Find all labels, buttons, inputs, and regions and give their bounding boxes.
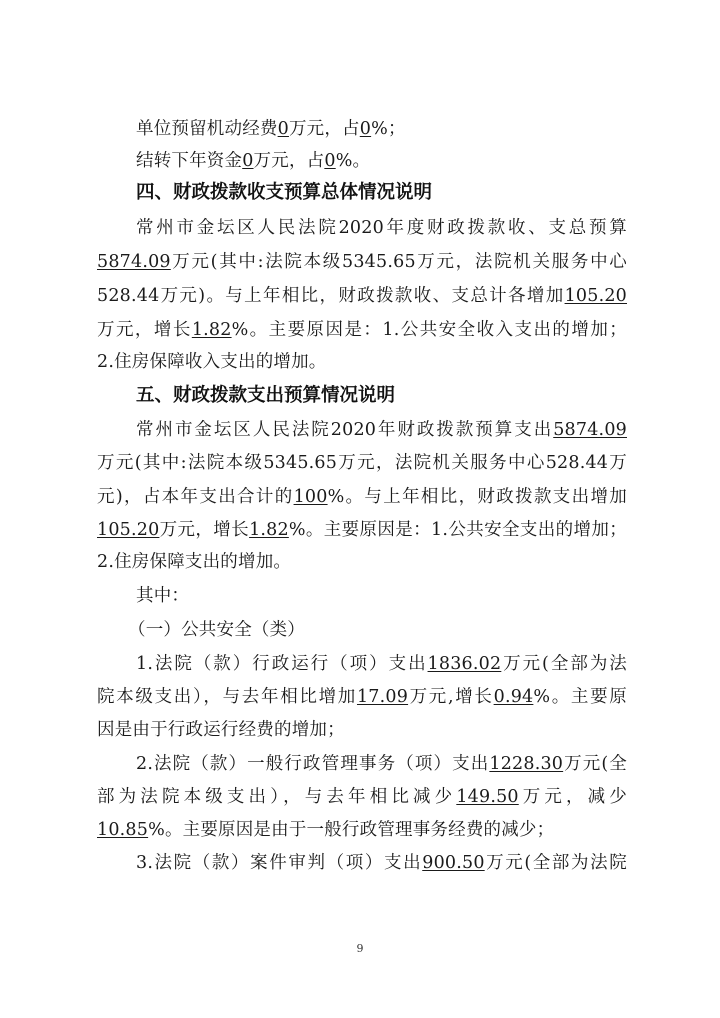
text: %。主要原因是：1.公共安全支出的增加；: [289, 520, 627, 540]
value: 0: [360, 119, 371, 139]
among-label: 其中：: [136, 585, 627, 607]
reserve-funds-line: 单位预留机动经费0万元，占0%；: [136, 118, 627, 140]
item3-line: 3.法院（款）案件审判（项）支出900.50万元(全部为法院: [136, 852, 627, 874]
text: 2.住房保障支出的增加。: [97, 552, 291, 572]
item1-line: 院本级支出），与去年相比增加17.09万元,增长0.94%。主要原: [97, 686, 627, 708]
page-number: 9: [0, 942, 720, 955]
text: 院本级支出），与去年相比增加: [97, 687, 357, 707]
value: 100: [294, 487, 328, 507]
section5-paragraph-line: 元)，占本年支出合计的100%。与上年相比，财政拨款支出增加: [97, 486, 627, 508]
text: %。主要原因是由于一般行政管理事务经费的减少；: [148, 820, 554, 840]
text: 万元(其中:法院本级5345.65万元，法院机关服务中心: [171, 252, 627, 272]
value: 0: [324, 151, 335, 171]
section4-heading: 四、财政拨款收支预算总体情况说明: [136, 181, 432, 205]
section5-paragraph-line: 2.住房保障支出的增加。: [97, 551, 627, 573]
value: 1.82: [192, 320, 232, 340]
section4-paragraph-line: 528.44万元)。与上年相比，财政拨款收、支总计各增加105.20: [97, 285, 627, 307]
item2-line: 10.85%。主要原因是由于一般行政管理事务经费的减少；: [97, 819, 627, 841]
value: 105.20: [565, 286, 627, 306]
value: 149.50: [456, 787, 518, 807]
text: %。与上年相比，财政拨款支出增加: [328, 487, 627, 507]
section4-paragraph-line: 2.住房保障收入支出的增加。: [97, 351, 627, 373]
text: 因是由于行政运行经费的增加；: [97, 720, 345, 740]
value: 1836.02: [428, 654, 502, 674]
text: 1.法院（款）行政运行（项）支出: [136, 654, 428, 674]
text: 万元(全: [563, 754, 627, 774]
text: 万元，增长: [159, 520, 249, 540]
text: 部为法院本级支出），与去年相比减少: [97, 787, 456, 807]
section5-heading: 五、财政拨款支出预算情况说明: [136, 384, 395, 408]
text: 万元，增长: [97, 320, 192, 340]
value: 0: [278, 119, 289, 139]
value: 0: [242, 151, 253, 171]
item1-line: 1.法院（款）行政运行（项）支出1836.02万元(全部为法: [136, 653, 627, 675]
value: 1228.30: [489, 754, 563, 774]
text: %。: [336, 151, 371, 171]
text: %；: [371, 119, 406, 139]
carryover-funds-line: 结转下年资金0万元，占0%。: [136, 150, 627, 172]
section5-paragraph-line: 万元(其中:法院本级5345.65万元，法院机关服务中心528.44万: [97, 452, 627, 474]
text: 万元(全部为法: [501, 654, 627, 674]
text: 万元，占: [254, 151, 325, 171]
value: 0.94: [494, 687, 534, 707]
value: 5874.09: [97, 252, 171, 272]
value: 1.82: [249, 520, 289, 540]
section5-paragraph-line: 105.20万元，增长1.82%。主要原因是：1.公共安全支出的增加；: [97, 519, 627, 541]
text: 3.法院（款）案件审判（项）支出: [136, 853, 422, 873]
text: 万元,增长: [408, 687, 494, 707]
text: 528.44万元)。与上年相比，财政拨款收、支总计各增加: [97, 286, 565, 306]
item2-line: 部为法院本级支出），与去年相比减少149.50万元，减少: [97, 786, 627, 808]
value: 105.20: [97, 520, 159, 540]
document-page: 单位预留机动经费0万元，占0%； 结转下年资金0万元，占0%。 四、财政拨款收支…: [0, 0, 720, 1018]
text: 万元，减少: [519, 787, 627, 807]
text: 结转下年资金: [136, 151, 242, 171]
value: 10.85: [97, 820, 148, 840]
text: 万元(全部为法院: [485, 853, 627, 873]
text: 元)，占本年支出合计的: [97, 487, 294, 507]
section4-paragraph-line: 万元，增长1.82%。主要原因是：1.公共安全收入支出的增加；: [97, 319, 627, 341]
text: 2.法院（款）一般行政管理事务（项）支出: [136, 754, 489, 774]
item2-line: 2.法院（款）一般行政管理事务（项）支出1228.30万元(全: [136, 753, 627, 775]
text: 单位预留机动经费: [136, 119, 278, 139]
text: %。主要原: [533, 687, 627, 707]
section4-paragraph-line: 5874.09万元(其中:法院本级5345.65万元，法院机关服务中心: [97, 251, 627, 273]
section5-paragraph-line: 常州市金坛区人民法院2020年财政拨款预算支出5874.09: [136, 419, 627, 441]
category-public-safety: （一）公共安全（类）: [128, 619, 619, 641]
item1-line: 因是由于行政运行经费的增加；: [97, 719, 627, 741]
value: 17.09: [357, 687, 408, 707]
value: 900.50: [422, 853, 484, 873]
text: 常州市金坛区人民法院2020年度财政拨款收、支总预算: [136, 218, 627, 238]
text: 2.住房保障收入支出的增加。: [97, 352, 327, 372]
text: 万元，占: [289, 119, 360, 139]
section4-paragraph-line: 常州市金坛区人民法院2020年度财政拨款收、支总预算: [136, 217, 627, 239]
value: 5874.09: [553, 420, 627, 440]
text: 常州市金坛区人民法院2020年财政拨款预算支出: [136, 420, 553, 440]
text: %。主要原因是：1.公共安全收入支出的增加；: [232, 320, 627, 340]
text: 万元(其中:法院本级5345.65万元，法院机关服务中心528.44万: [97, 453, 627, 473]
